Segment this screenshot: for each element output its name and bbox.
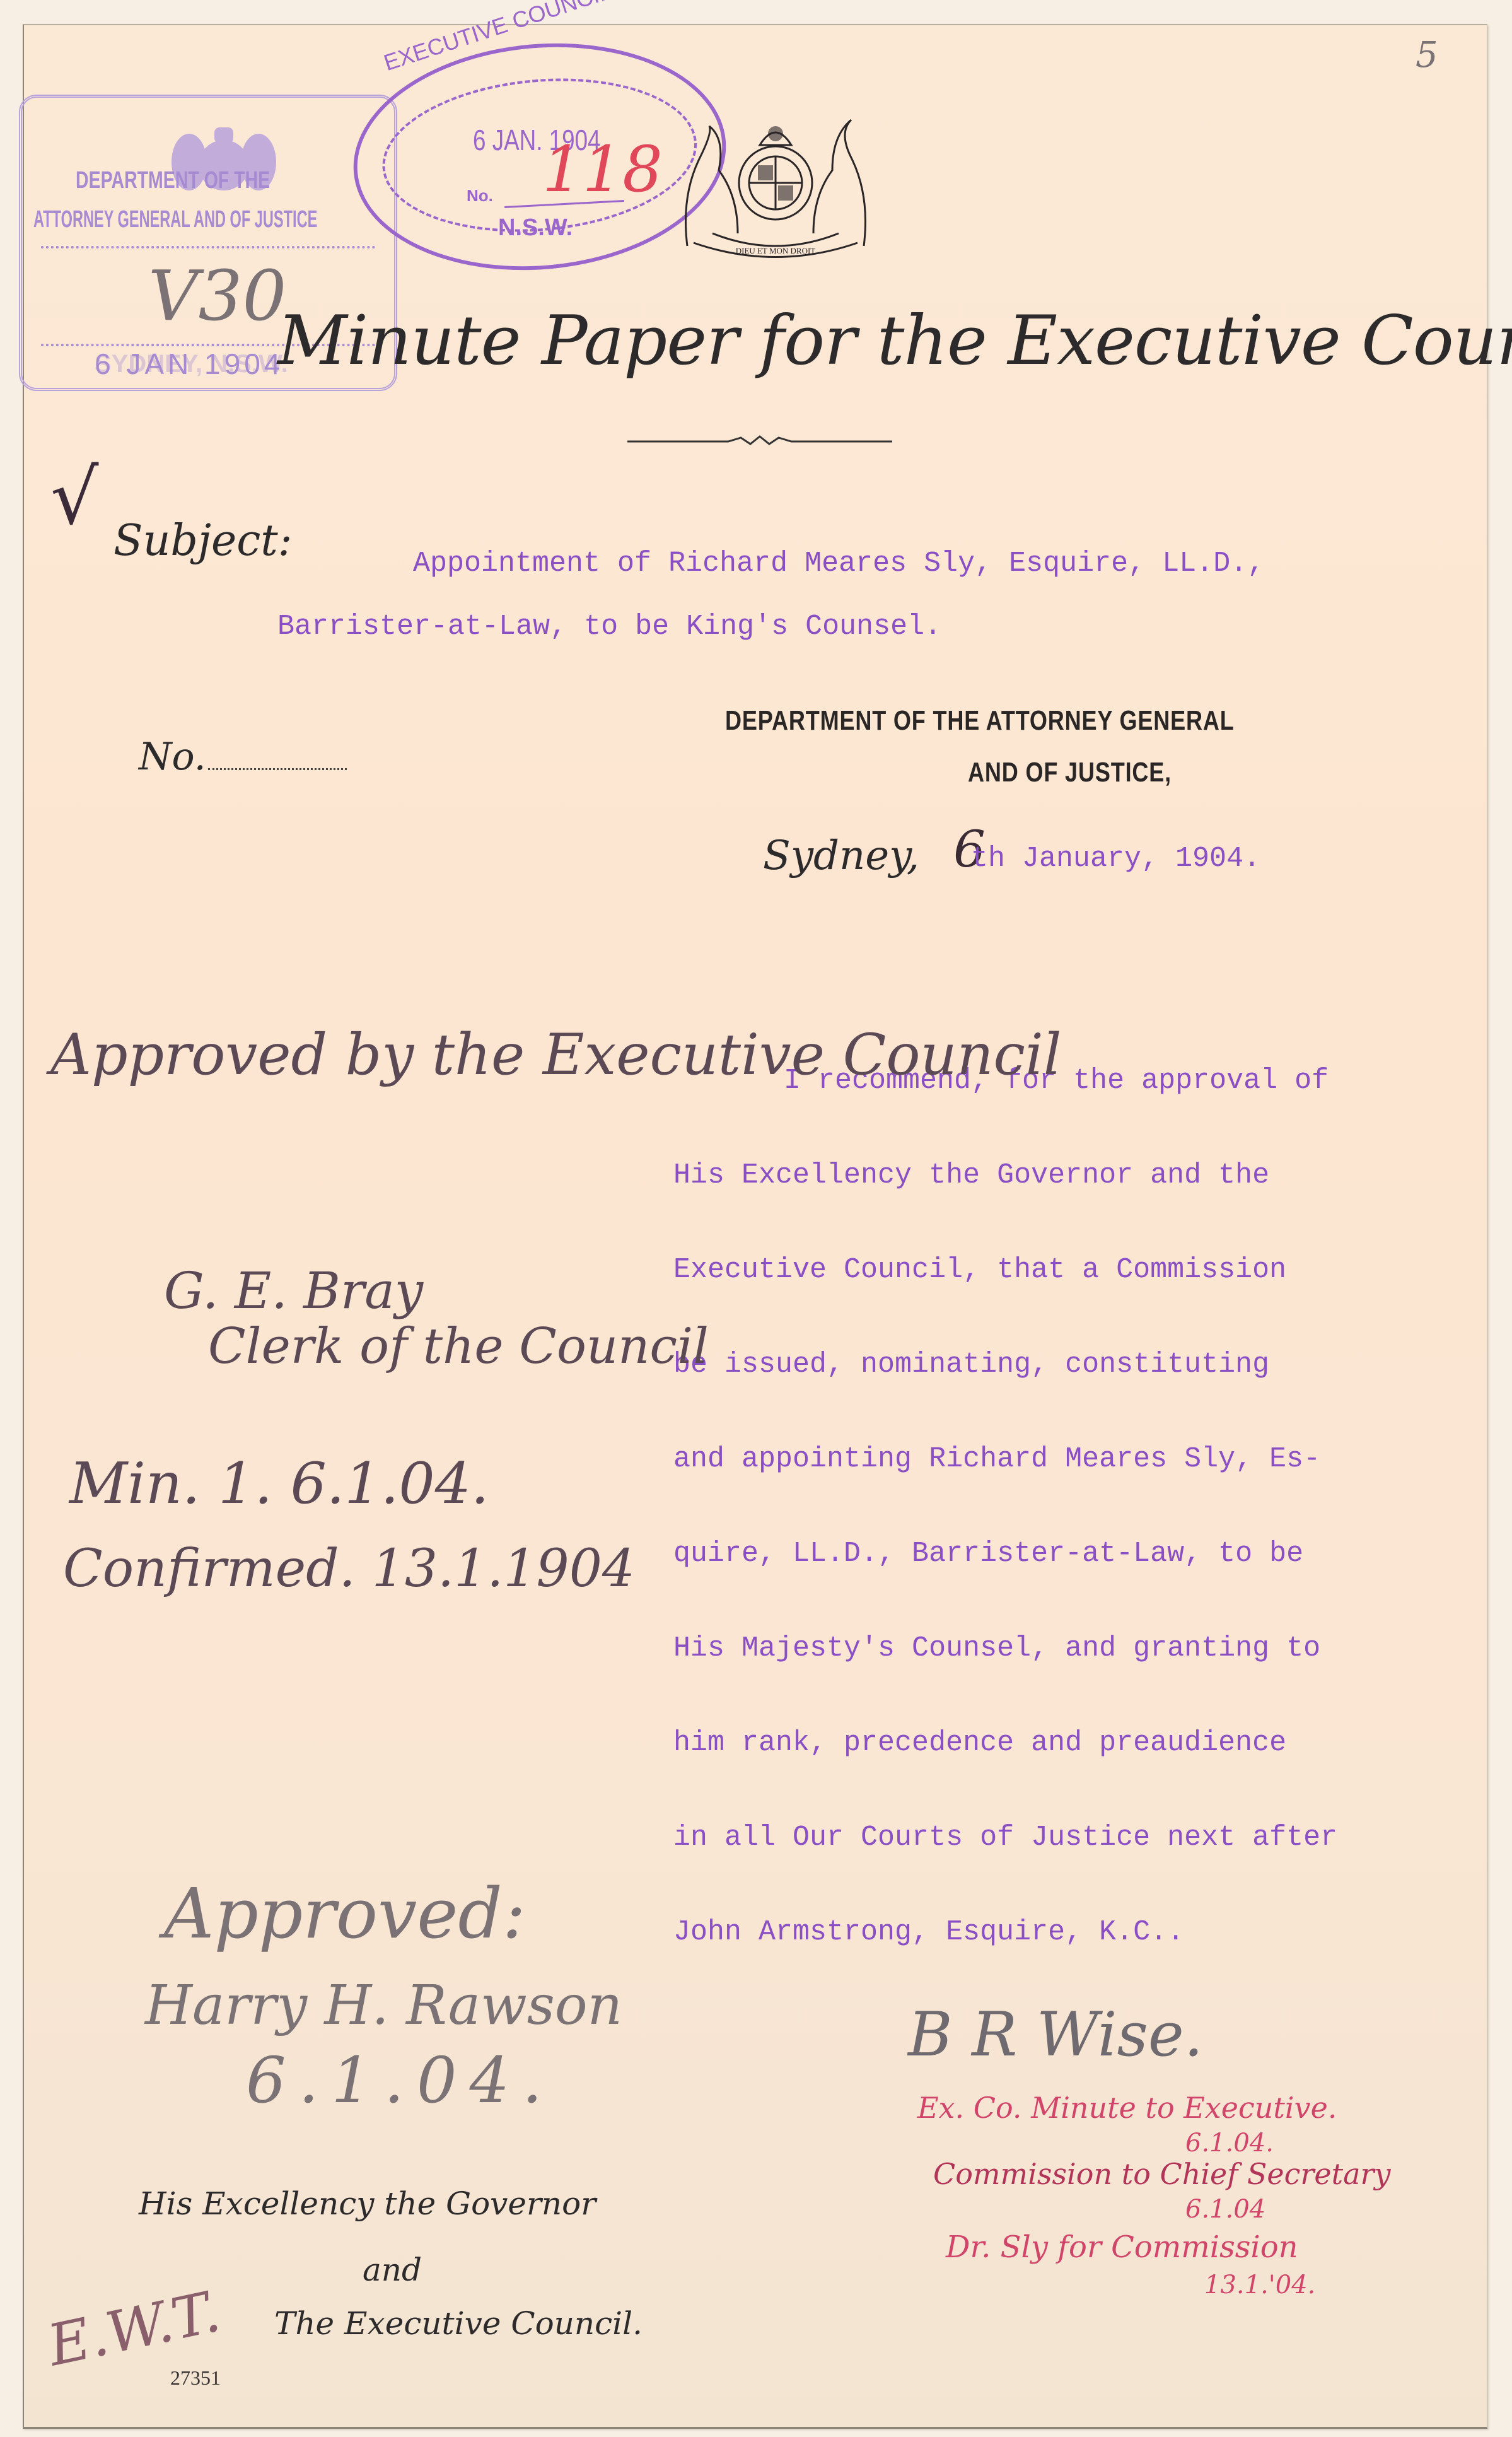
body-line: His Excellency the Governor and the [673, 1159, 1269, 1191]
subject-line2: Barrister-at-Law, to be King's Counsel. [277, 611, 941, 643]
body-line: and appointing Richard Meares Sly, Es- [673, 1443, 1320, 1475]
annotation-approved: Approved: [164, 1873, 526, 1954]
stamp-number-value: 118 [542, 132, 663, 206]
annotation-clerk-title: Clerk of the Council [208, 1318, 709, 1375]
checkmark-icon: √ [50, 454, 98, 542]
number-field-label: No. [139, 735, 206, 779]
body-line: him rank, precedence and preaudience [673, 1727, 1286, 1759]
addressee-line1: His Excellency the Governor [139, 2185, 596, 2222]
folio-number: 5 [1416, 35, 1438, 76]
stamp-nsw: N.S.W. [498, 214, 573, 242]
body-line: John Armstrong, Esquire, K.C.. [673, 1916, 1184, 1948]
dateline-place: Sydney, [763, 833, 919, 879]
crest-motto: DIEU ET MON DROIT [736, 246, 816, 255]
governor-signature: Harry H. Rawson [145, 1974, 622, 2037]
body-line: quire, LL.D., Barrister-at-Law, to be [673, 1538, 1303, 1570]
number-field-line [208, 768, 347, 770]
subject-label: Subject: [113, 516, 293, 566]
dateline-date: th January, 1904. [971, 843, 1260, 875]
form-number: 27351 [170, 2366, 221, 2390]
subject-line1: Appointment of Richard Meares Sly, Esqui… [413, 547, 1264, 580]
annotation-clerk-signature: G. E. Bray [164, 1261, 423, 1320]
signature: B R Wise. [908, 1999, 1203, 2070]
stamp-number-label: No. [467, 186, 493, 206]
red-annotation-date: 13.1.'04. [1204, 2270, 1315, 2300]
stamp-place: SYDNEY, N.S.W. [95, 350, 288, 378]
annotation-approved-by-council: Approved by the Executive Council [50, 1022, 1062, 1088]
red-annotation-date: 6.1.04. [1185, 2129, 1274, 2158]
red-annotation-text: Commission to Chief Secretary [933, 2157, 1391, 2191]
stamp-dept-line1: DEPARTMENT OF THE [76, 167, 270, 194]
page-title: Minute Paper for the Executive Council. [277, 301, 1512, 380]
body-line: Executive Council, that a Commission [673, 1254, 1286, 1286]
annotation-confirmed: Confirmed. 13.1.1904 [63, 1539, 635, 1599]
ornament-divider-icon [627, 434, 892, 447]
royal-coat-of-arms-icon: DIEU ET MON DROIT [649, 107, 902, 262]
department-line1: DEPARTMENT OF THE ATTORNEY GENERAL [725, 705, 1235, 737]
stamp-dept-line2: ATTORNEY GENERAL AND OF JUSTICE [33, 206, 317, 233]
red-annotation-text: Ex. Co. Minute to Executive. [917, 2091, 1337, 2125]
red-annotation-text: Dr. Sly for Commission [946, 2230, 1298, 2265]
body-line: in all Our Courts of Justice next after [673, 1821, 1337, 1854]
addressee-line3: The Executive Council. [274, 2305, 643, 2342]
stamp-handwritten-number: V30 [148, 255, 286, 336]
addressee-line2: and [363, 2252, 422, 2288]
governor-date: 6.1.04. [246, 2043, 555, 2117]
annotation-minute-date: Min. 1. 6.1.04. [69, 1451, 489, 1517]
body-line: His Majesty's Counsel, and granting to [673, 1632, 1320, 1664]
red-annotation-date: 6.1.04 [1185, 2195, 1265, 2224]
department-line2: AND OF JUSTICE, [968, 757, 1172, 788]
body-line: be issued, nominating, constituting [673, 1348, 1269, 1381]
